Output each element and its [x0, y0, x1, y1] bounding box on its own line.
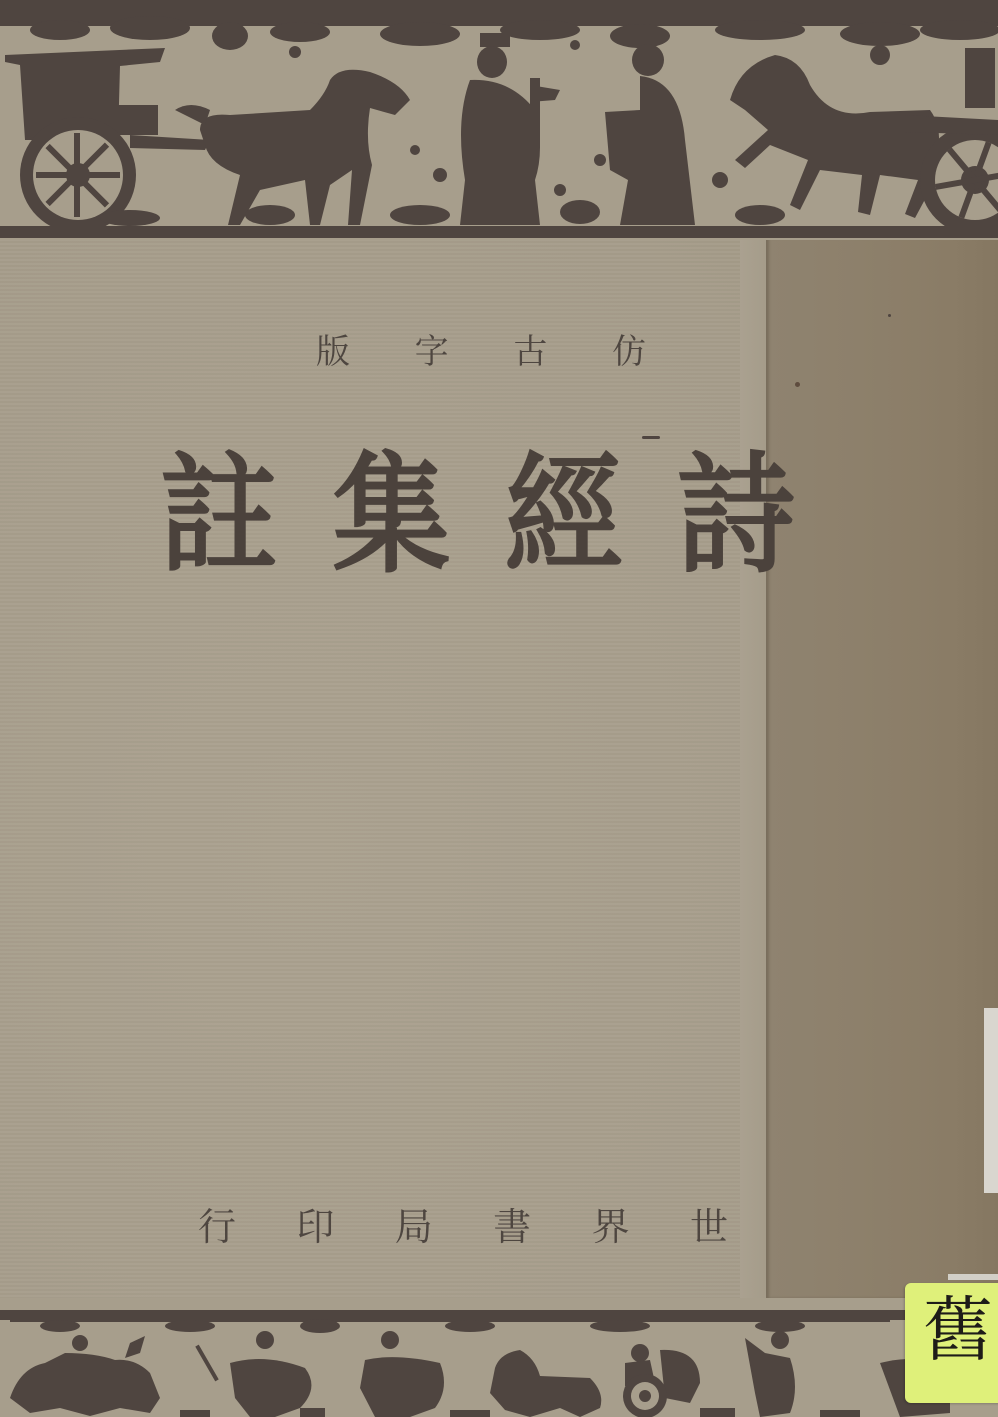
- book-cover: 版 字 古 仿 註 集 經 詩 行 印 局 書 界 世: [0, 0, 998, 1417]
- robed-figure-icon: [360, 1331, 444, 1417]
- robed-figure-icon: [605, 30, 695, 225]
- subtitle: 版 字 古 仿: [316, 324, 646, 373]
- spine-fold-strip: [766, 238, 998, 1298]
- sticker-label: 舊: [923, 1295, 993, 1365]
- horse-icon: [490, 1350, 601, 1417]
- publisher-char: 界: [592, 1196, 630, 1251]
- chariot-icon: [623, 1344, 700, 1417]
- title-char: 詩: [677, 450, 795, 580]
- publisher-char: 世: [690, 1196, 728, 1251]
- subtitle-char: 字: [415, 324, 449, 373]
- title-char: 註: [160, 450, 278, 580]
- publisher-char: 行: [198, 1196, 236, 1251]
- ink-speck: [795, 382, 800, 387]
- subtitle-char: 古: [513, 324, 547, 373]
- horse-icon: [730, 55, 939, 218]
- horseman-icon: [10, 1335, 160, 1416]
- subtitle-char: 版: [316, 324, 350, 373]
- figure-icon: [745, 1331, 795, 1417]
- library-sticker: 舊: [905, 1283, 998, 1403]
- ink-speck: [642, 436, 660, 439]
- publisher-char: 書: [493, 1196, 531, 1251]
- bottom-frieze: [0, 1298, 998, 1417]
- publisher-char: 印: [296, 1196, 334, 1251]
- book-title: 註 集 經 詩: [160, 450, 795, 580]
- horse-icon: [175, 70, 410, 225]
- top-frieze: [0, 0, 998, 240]
- subtitle-char: 仿: [612, 324, 646, 373]
- figure-with-staff-icon: [195, 1331, 311, 1417]
- publisher-char: 局: [395, 1196, 433, 1251]
- spine-edge: [740, 238, 766, 1298]
- ink-speck: [888, 314, 891, 317]
- frieze-border: [0, 226, 998, 238]
- robed-figure-icon: [460, 33, 560, 225]
- publisher-line: 行 印 局 書 界 世: [198, 1196, 728, 1251]
- white-label-strip: [984, 1008, 998, 1193]
- title-char: 集: [332, 450, 450, 580]
- title-char: 經: [505, 450, 623, 580]
- white-label-edge: [948, 1274, 998, 1280]
